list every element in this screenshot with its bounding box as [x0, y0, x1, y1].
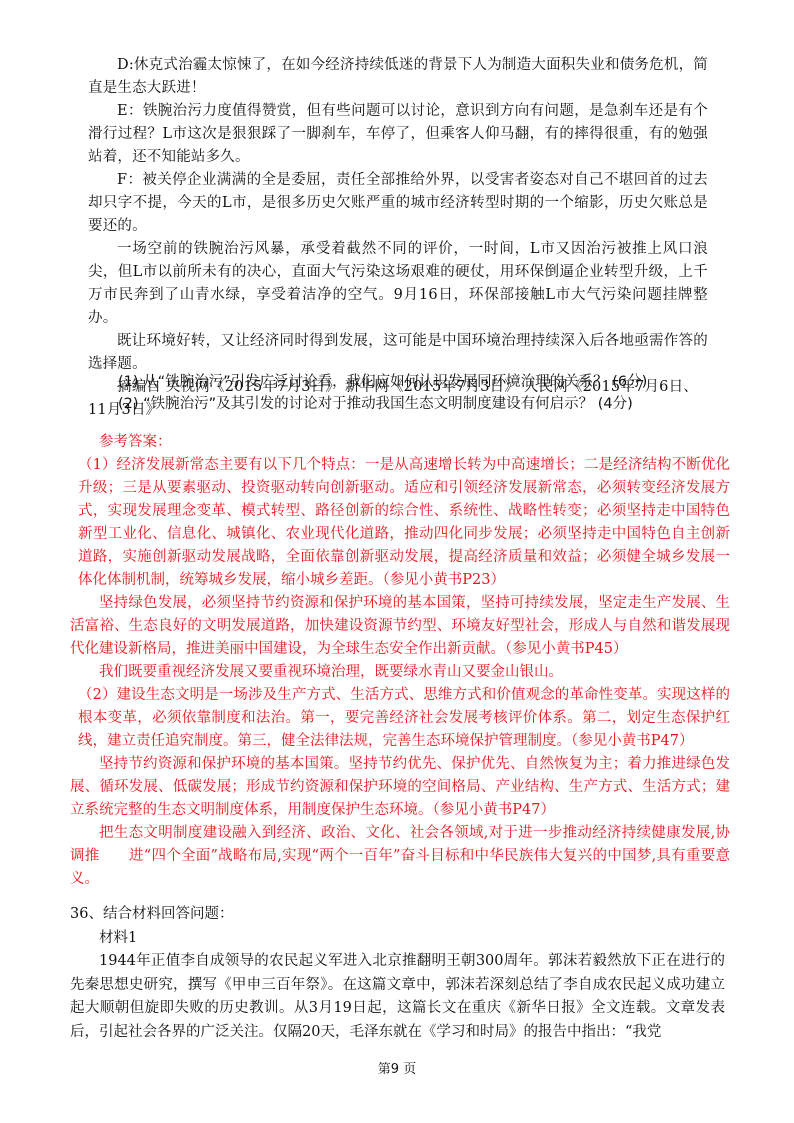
- question-1: (1) 从“铁腕治污”引发广泛讨论看，我们应如何认识发展同环境治理的关系？ (6…: [118, 371, 718, 393]
- material-block: D:休克式治霾太惊悚了，在如今经济持续低迷的背景下人为制造大面积失业和债务危机，…: [88, 54, 708, 422]
- answer-part1-p3: 我们既要重视经济发展又要重视环境治理，既要绿水青山又要金山银山。: [70, 661, 730, 684]
- document-page: D:休克式治霾太惊悚了，在如今经济持续低迷的背景下人为制造大面积失业和债务危机，…: [0, 0, 794, 1123]
- answer-part1-p1: （1）经济发展新常态主要有以下几个特点：一是从高速增长转为中高速增长；二是经济结…: [70, 454, 730, 592]
- material-1-label: 材料1: [70, 927, 725, 951]
- question-2: (2) “铁腕治污”及其引发的讨论对于推动我国生态文明制度建设有何启示？ (4分…: [118, 393, 718, 415]
- material-1-text: 1944年正值李自成领导的农民起义军进入北京推翻明王朝300周年。郭沫若毅然放下…: [70, 950, 725, 1044]
- page-number: 第9 页: [0, 1058, 794, 1077]
- opinion-e: E：铁腕治污力度值得赞赏，但有些问题可以讨论，意识到方向有问题，是急刹车还是有个…: [88, 100, 708, 169]
- answer-heading: 参考答案：: [70, 431, 730, 454]
- question-36-block: 36、结合材料回答问题： 材料1 1944年正值李自成领导的农民起义军进入北京推…: [70, 903, 725, 1044]
- paragraph-storm: 一场空前的铁腕治污风暴，承受着截然不同的评价，一时间，L市又因治污被推上风口浪尖…: [88, 238, 708, 330]
- answer-part2-p3: 把生态文明制度建设融入到经济、政治、文化、社会各领域,对于进一步推动经济持续健康…: [70, 822, 730, 891]
- paragraph-choice: 既让环境好转，又让经济同时得到发展，这可能是中国环境治理持续深入后各地亟需作答的…: [88, 330, 708, 376]
- answer-part1-p2: 坚持绿色发展，必须坚持节约资源和保护环境的基本国策，坚持可持续发展，坚定走生产发…: [70, 592, 730, 661]
- opinion-d: D:休克式治霾太惊悚了，在如今经济持续低迷的背景下人为制造大面积失业和债务危机，…: [88, 54, 708, 100]
- question-36-title: 36、结合材料回答问题：: [70, 903, 725, 927]
- opinion-f: F：被关停企业满满的全是委屈，责任全部推给外界，以受害者姿态对自己不堪回首的过去…: [88, 169, 708, 238]
- answer-part2-p1: （2）建设生态文明是一场涉及生产方式、生活方式、思维方式和价值观念的革命性变革。…: [70, 684, 730, 753]
- answer-block: 参考答案： （1）经济发展新常态主要有以下几个特点：一是从高速增长转为中高速增长…: [70, 431, 730, 891]
- answer-part2-p2: 坚持节约资源和保护环境的基本国策。坚持节约优先、保护优先、自然恢复为主；着力推进…: [70, 753, 730, 822]
- questions: (1) 从“铁腕治污”引发广泛讨论看，我们应如何认识发展同环境治理的关系？ (6…: [118, 371, 718, 415]
